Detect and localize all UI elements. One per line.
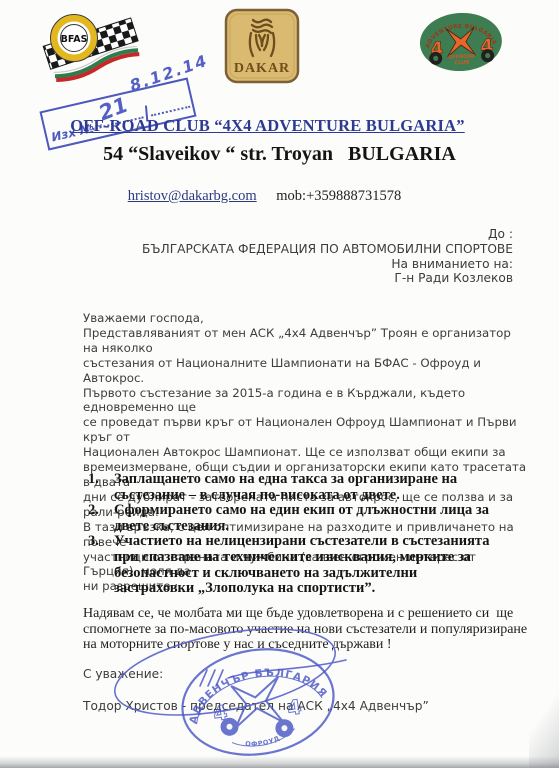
dotted-line — [151, 106, 190, 117]
scan-edge-shadow — [0, 756, 559, 768]
dakar-bedouin-icon: DAKAR — [224, 8, 300, 84]
club-address: 54 “Slaveikov “ str. Troyan BULGARIA — [0, 143, 559, 166]
scanned-letter-page: BFAS DAKAR ADVEN — [0, 0, 559, 768]
list-item: 3. Участието на нелицензирани състезател… — [88, 534, 528, 596]
salutation: Уважаеми господа, — [83, 311, 528, 326]
list-item: 2. Сформирането само на един екип от длъ… — [88, 503, 528, 534]
club-round-stamp: АДВЕНЧЪР БЪЛГАРИЯ 4 4 ОФРОУД — [170, 630, 347, 768]
svg-text:ОФРОУД: ОФРОУД — [244, 734, 282, 750]
list-number: 3. — [88, 534, 114, 596]
list-number: 1. — [88, 472, 114, 503]
list-number: 2. — [88, 503, 114, 534]
stamp-right-4: 4 — [285, 694, 303, 720]
contact-line: hristov@dakarbg.com mob:+359888731578 — [0, 188, 559, 205]
list-item-text: Участието на нелицензирани състезатели в… — [114, 534, 528, 596]
offroad-club-oval-icon: ADVENTURE BULGARIA 4 4 OFFROAD CLUB — [417, 8, 504, 76]
recipient-block: До : БЪЛГАРСКАТА ФЕДЕРАЦИЯ ПО АВТОМОБИЛН… — [142, 227, 513, 286]
dakar-logo-text: DAKAR — [234, 61, 290, 76]
stamp-arc-text: АДВЕНЧЪР БЪЛГАРИЯ — [181, 657, 332, 726]
scan-corner-shadow — [529, 668, 559, 768]
bfas-logo-text: BFAS — [61, 34, 88, 45]
dakar-logo: DAKAR — [224, 8, 300, 88]
phone-number: mob:+359888731578 — [276, 188, 401, 204]
recipient-attention: На вниманието на: — [142, 257, 513, 272]
recipient-to: До : — [142, 227, 513, 242]
recipient-organization: БЪЛГАРСКАТА ФЕДЕРАЦИЯ ПО АВТОМОБИЛНИ СПО… — [142, 242, 513, 257]
stamp-offroad-text: ОФРОУД — [244, 734, 282, 750]
adventure-logo-club-text: CLUB — [455, 60, 470, 67]
exit-number-stamp: Изх № 21 8.12.14 — [39, 77, 196, 150]
list-item-text: Заплащането само на една такса за органи… — [114, 472, 528, 503]
adventure-bulgaria-logo: ADVENTURE BULGARIA 4 4 OFFROAD CLUB — [417, 8, 504, 80]
list-item: 1. Заплащането само на една такса за орг… — [88, 472, 528, 503]
recipient-person: Г-н Ради Козлеков — [142, 271, 513, 286]
request-list: 1. Заплащането само на една такса за орг… — [88, 472, 528, 597]
bfas-federation-logo: BFAS — [34, 8, 146, 86]
club-title: OFF-ROAD CLUB “4X4 ADVENTURE BULGARIA” — [0, 116, 559, 136]
checkered-flag-icon: BFAS — [34, 8, 146, 82]
email-address: hristov@dakarbg.com — [128, 188, 257, 204]
list-item-text: Сформирането само на един екип от длъжно… — [114, 503, 528, 534]
svg-text:АДВЕНЧЪР БЪЛГАРИЯ: АДВЕНЧЪР БЪЛГАРИЯ — [181, 657, 332, 726]
